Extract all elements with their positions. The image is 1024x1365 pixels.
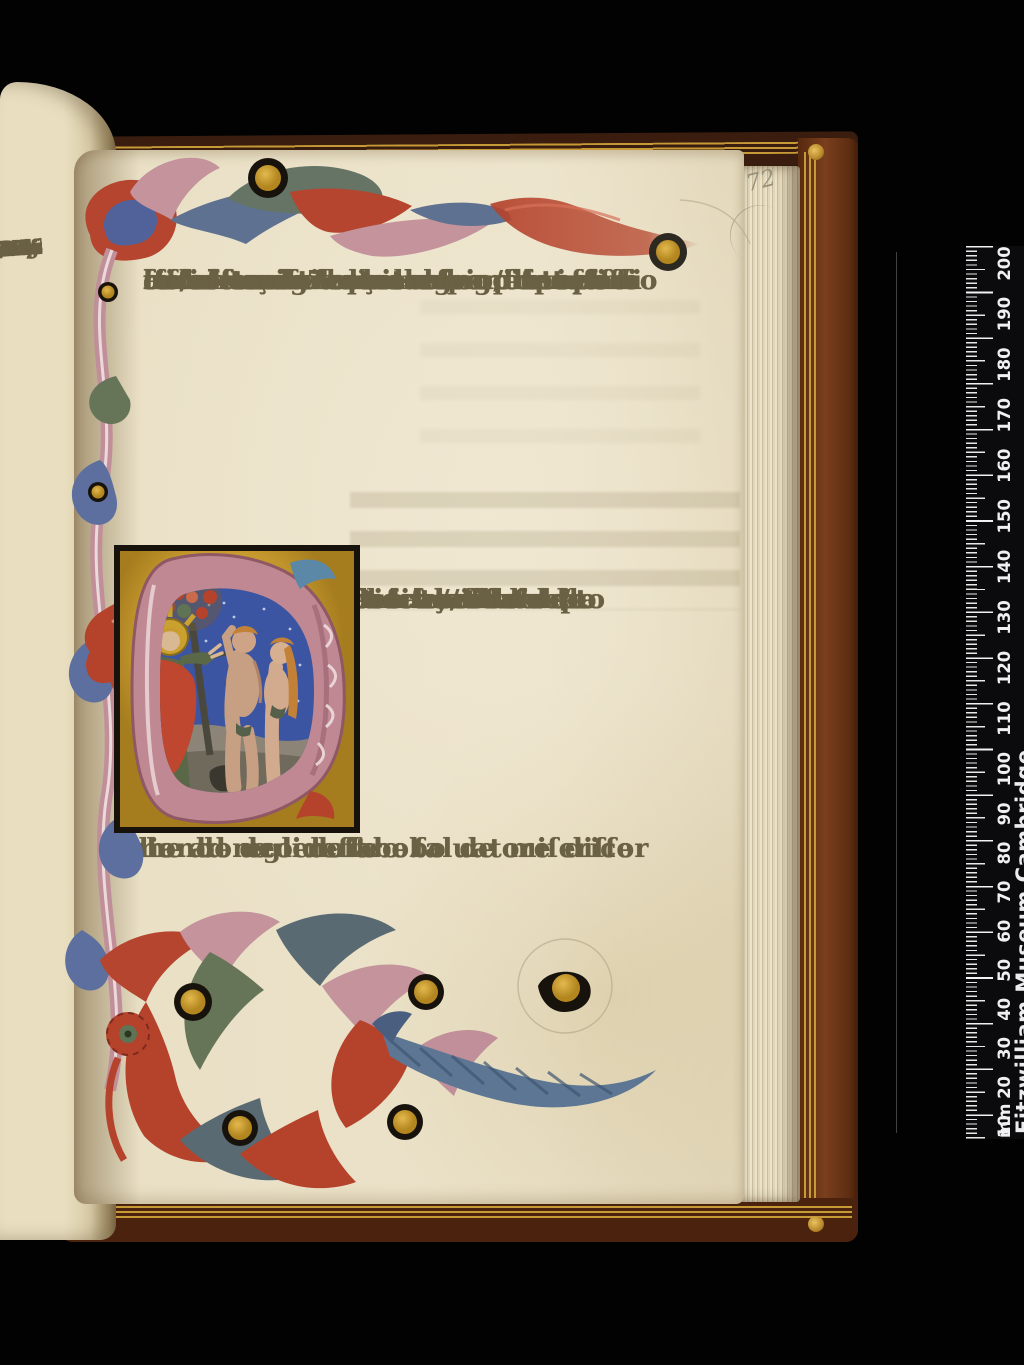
ruler-number: 10 [995,1115,1014,1138]
ruler-number: 180 [995,347,1014,381]
ruler-number: 60 [995,920,1014,943]
ruler-number: 120 [995,651,1014,685]
ruler-ticks-major [966,246,993,1139]
ruler-number: 150 [995,499,1014,533]
ruler-number: 110 [995,701,1014,735]
ruler-number: 50 [995,959,1014,982]
grayscale-column [897,252,931,1133]
gilt-corner-rosette-icon [808,144,824,160]
gilt-fillet-lines-right [804,152,816,1224]
ruler-number: 130 [995,600,1014,634]
ruler-number: 40 [995,998,1014,1021]
photograph-of-manuscript: pa/eo cognochel eneminte meſſerme delibe… [0,0,1024,1365]
ruler-number: 20 [995,1076,1014,1099]
ruler-number: 100 [995,752,1014,786]
ruler-number: 200 [995,246,1014,280]
color-calibration-target: mm 1020304050607080901001101201301401501… [897,252,1024,1133]
ruler-number: 80 [995,841,1014,864]
leather-cover-right-board [798,138,858,1240]
ruler-number: 140 [995,550,1014,584]
bottom-border-foliage [100,912,656,1189]
ruler-number: 170 [995,398,1014,432]
rosette-flower [106,1012,150,1056]
ruler-number: 70 [995,881,1014,904]
illuminated-initial-d [114,545,360,833]
ruler-number: 30 [995,1037,1014,1060]
ruler-number: 160 [995,448,1014,482]
color-patch-column [931,252,966,1133]
gilt-corner-rosette-icon [808,1216,824,1232]
leather-cover-bottom-edge [62,1198,858,1242]
ruler-number: 90 [995,802,1014,825]
gilt-fillet-lines-bottom [92,1206,852,1218]
ruler: mm 1020304050607080901001101201301401501… [966,246,1024,1139]
ruler-number: 190 [995,297,1014,331]
top-border-foliage [85,158,750,271]
museum-caption: Fitzwilliam Museum Cambridge [1012,474,1024,1134]
